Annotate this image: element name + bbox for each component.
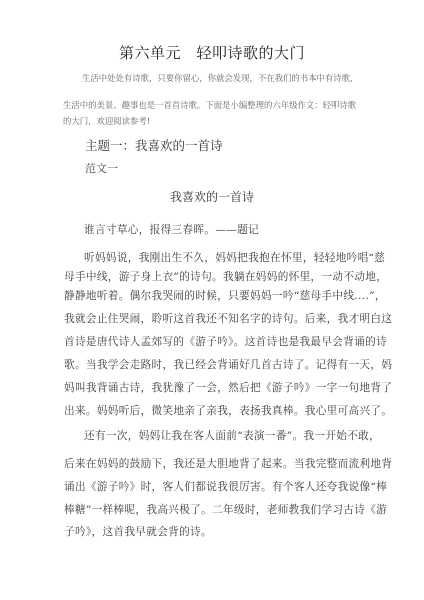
body-line: 诵出《游子吟》时，客人们都说我很厉害。有个客人还夸我说像“棒 (64, 479, 387, 494)
body-line: 歌。当我学会走路时，我已经会背诵好几首古诗了。记得有一天，妈 (64, 357, 392, 372)
body-line: 出来。妈妈听后，微笑地亲了亲我，表扬我真棒。我心里可高兴了。 (64, 403, 392, 418)
body-line: 听妈妈说，我刚出生不久，妈妈把我抱在怀里，轻轻地吟唱“慈 (84, 250, 385, 265)
body-line: 我就会止住哭闹，聆听这首我还不知名字的诗句。后来，我才明白这 (64, 311, 392, 326)
document-title: 第六单元 轻叩诗歌的大门 (0, 42, 424, 63)
body-line: 棒糖”一样棒呢，我高兴极了。二年级时，老师教我们学习古诗《游 (64, 502, 387, 517)
body-line: 首诗是唐代诗人孟郊写的《游子吟》。这首诗也是我最早会背诵的诗 (64, 334, 387, 349)
essay-title: 我喜欢的一首诗 (0, 188, 424, 205)
body-line: 母手中线，游子身上衣”的诗句。我躺在妈妈的怀里，一动不动地， (64, 269, 387, 284)
body-line: 后来在妈妈的鼓励下，我还是大胆地背了起来。当我完整而流利地背 (64, 456, 392, 471)
body-line: 妈叫我背诵古诗，我犹豫了一会，然后把《游子吟》一字一句地背了 (64, 380, 392, 395)
body-line: 静静地听着。偶尔我哭闹的时候，只要妈妈一吟“慈母手中线....”， (64, 288, 386, 303)
epigraph: 谁言寸草心，报得三春晖。——题记 (84, 222, 259, 237)
intro-line-3: 的大门，欢迎阅读参考! (63, 115, 150, 127)
sample-label: 范文一 (85, 160, 118, 176)
body-line: 还有一次，妈妈让我在客人面前“表演一番”。我一开始不敢， (84, 428, 380, 443)
body-line: 子吟》，这首我早就会背的诗。 (64, 524, 212, 539)
topic-heading: 主题一：我喜欢的一首诗 (85, 136, 223, 154)
intro-line-2: 生活中的美景、趣事也是一首首诗歌。下面是小编整理的六年级作文：轻叩诗歌 (63, 99, 356, 111)
intro-line-1: 生活中处处有诗歌，只要你留心，你就会发现，不在我们的书本中有诗歌, (82, 72, 353, 84)
